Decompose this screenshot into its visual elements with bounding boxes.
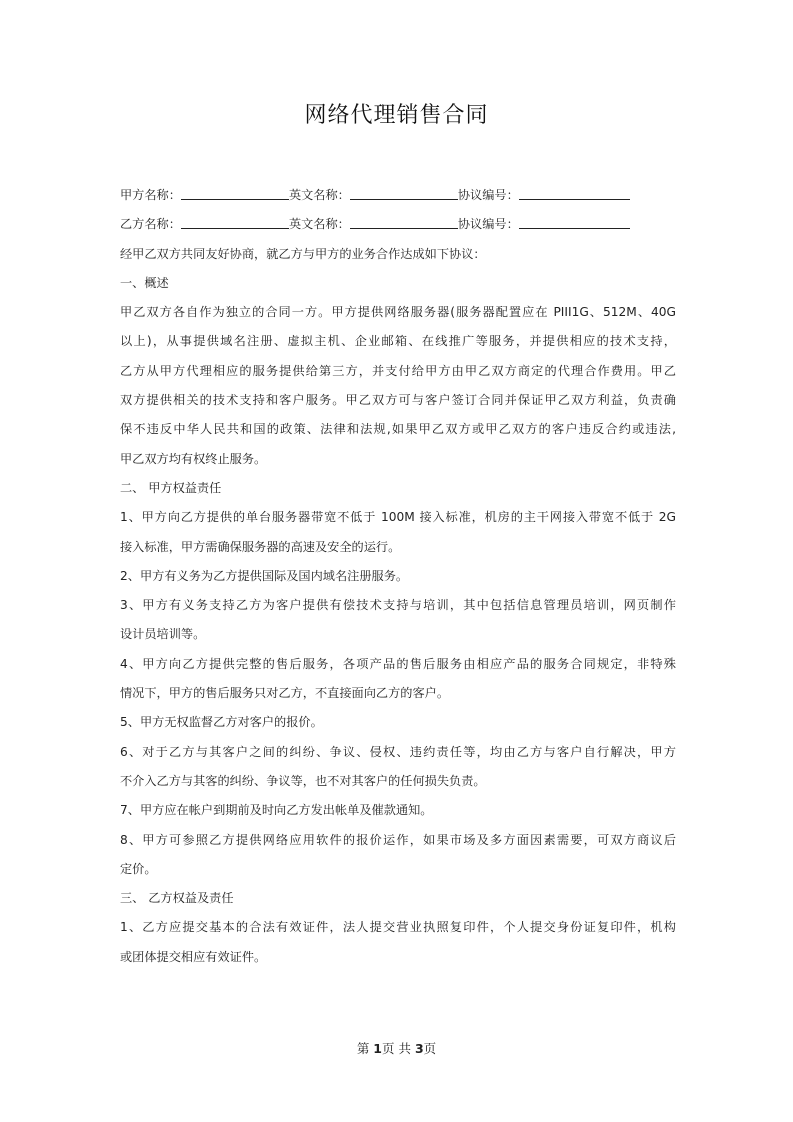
- footer-suffix: 页: [424, 1041, 437, 1056]
- party-a-agreement-no-label: 协议编号：: [458, 181, 519, 210]
- party-b-name-label: 乙方名称：: [120, 210, 181, 239]
- paragraph-line: 2、甲方有义务为乙方提供国际及国内域名注册服务。: [120, 562, 676, 591]
- party-b-agreement-no-label: 协议编号：: [458, 210, 519, 239]
- party-a-fields: 甲方名称： 英文名称： 协议编号：: [120, 181, 676, 210]
- footer-prefix: 第: [357, 1041, 373, 1056]
- paragraph-line: 4、甲方向乙方提供完整的售后服务，各项产品的售后服务由相应产品的服务合同规定，非…: [120, 650, 676, 679]
- clause-item: 5、甲方无权监督乙方对客户的报价。: [120, 708, 676, 737]
- paragraph-line: 情况下，甲方的售后服务只对乙方，不直接面向乙方的客户。: [120, 679, 676, 708]
- page-footer: 第 1页 共 3页: [0, 1039, 793, 1057]
- clause-item: 4、甲方向乙方提供完整的售后服务，各项产品的售后服务由相应产品的服务合同规定，非…: [120, 650, 676, 709]
- paragraph-line: 乙方从甲方代理相应的服务提供给第三方，并支付给甲方由甲乙双方商定的代理合作费用。…: [120, 357, 676, 386]
- document-body: 甲方名称： 英文名称： 协议编号： 乙方名称： 英文名称： 协议编号： 经甲乙双…: [120, 181, 676, 972]
- party-a-name-blank[interactable]: [181, 187, 289, 200]
- paragraph-line: 设计员培训等。: [120, 620, 676, 649]
- clause-item: 1、甲方向乙方提供的单台服务器带宽不低于 100M 接入标准，机房的主干网接入带…: [120, 503, 676, 562]
- paragraph-line: 或团体提交相应有效证件。: [120, 943, 676, 972]
- total-pages-number: 3: [415, 1041, 424, 1056]
- document-page: 网络代理销售合同 甲方名称： 英文名称： 协议编号： 乙方名称： 英文名称： 协…: [0, 0, 793, 1122]
- party-a-english-name-label: 英文名称：: [289, 181, 350, 210]
- party-b-fields: 乙方名称： 英文名称： 协议编号：: [120, 210, 676, 239]
- paragraph-line: 接入标准，甲方需确保服务器的高速及安全的运行。: [120, 533, 676, 562]
- party-a-name-label: 甲方名称：: [120, 181, 181, 210]
- party-a-english-name-blank[interactable]: [350, 187, 458, 200]
- section-heading: 三、 乙方权益及责任: [120, 884, 676, 913]
- paragraph-line: 7、甲方应在帐户到期前及时向乙方发出帐单及催款通知。: [120, 796, 676, 825]
- party-b-name-blank[interactable]: [181, 216, 289, 229]
- paragraph-line: 双方提供相关的技术支持和客户服务。甲乙双方可与客户签订合同并保证甲乙双方利益，负…: [120, 386, 676, 415]
- section-paragraph: 甲乙双方各自作为独立的合同一方。甲方提供网络服务器(服务器配置应在 PIII1G…: [120, 298, 676, 474]
- paragraph-line: 1、乙方应提交基本的合法有效证件，法人提交营业执照复印件，个人提交身份证复印件，…: [120, 913, 676, 942]
- paragraph-line: 不介入乙方与其客的纠纷、争议等，也不对其客户的任何损失负责。: [120, 767, 676, 796]
- paragraph-line: 甲乙双方各自作为独立的合同一方。甲方提供网络服务器(服务器配置应在 PIII1G…: [120, 298, 676, 327]
- party-b-english-name-label: 英文名称：: [289, 210, 350, 239]
- paragraph-line: 1、甲方向乙方提供的单台服务器带宽不低于 100M 接入标准，机房的主干网接入带…: [120, 503, 676, 532]
- section-heading: 一、概述: [120, 269, 676, 298]
- intro-text: 经甲乙双方共同友好协商，就乙方与甲方的业务合作达成如下协议：: [120, 240, 676, 269]
- clause-item: 6、对于乙方与其客户之间的纠纷、争议、侵权、违约责任等，均由乙方与客户自行解决，…: [120, 738, 676, 797]
- paragraph-line: 3、甲方有义务支持乙方为客户提供有偿技术支持与培训，其中包括信息管理员培训，网页…: [120, 591, 676, 620]
- party-a-agreement-no-blank[interactable]: [519, 187, 630, 200]
- footer-middle: 页 共: [382, 1041, 415, 1056]
- paragraph-line: 保不违反中华人民共和国的政策、法律和法规,如果甲乙双方或甲乙双方的客户违反合约或…: [120, 415, 676, 444]
- clause-item: 1、乙方应提交基本的合法有效证件，法人提交营业执照复印件，个人提交身份证复印件，…: [120, 913, 676, 972]
- party-b-agreement-no-blank[interactable]: [519, 216, 630, 229]
- current-page-number: 1: [373, 1041, 382, 1056]
- paragraph-line: 定价。: [120, 855, 676, 884]
- party-b-english-name-blank[interactable]: [350, 216, 458, 229]
- paragraph-line: 甲乙双方均有权终止服务。: [120, 445, 676, 474]
- paragraph-line: 6、对于乙方与其客户之间的纠纷、争议、侵权、违约责任等，均由乙方与客户自行解决，…: [120, 738, 676, 767]
- clause-item: 8、甲方可参照乙方提供网络应用软件的报价运作，如果市场及多方面因素需要，可双方商…: [120, 826, 676, 885]
- document-title: 网络代理销售合同: [0, 101, 793, 131]
- section-heading: 二、 甲方权益责任: [120, 474, 676, 503]
- clause-item: 2、甲方有义务为乙方提供国际及国内域名注册服务。: [120, 562, 676, 591]
- paragraph-line: 5、甲方无权监督乙方对客户的报价。: [120, 708, 676, 737]
- clause-item: 3、甲方有义务支持乙方为客户提供有偿技术支持与培训，其中包括信息管理员培训，网页…: [120, 591, 676, 650]
- paragraph-line: 以上)，从事提供域名注册、虚拟主机、企业邮箱、在线推广等服务，并提供相应的技术支…: [120, 327, 676, 356]
- clause-item: 7、甲方应在帐户到期前及时向乙方发出帐单及催款通知。: [120, 796, 676, 825]
- paragraph-line: 8、甲方可参照乙方提供网络应用软件的报价运作，如果市场及多方面因素需要，可双方商…: [120, 826, 676, 855]
